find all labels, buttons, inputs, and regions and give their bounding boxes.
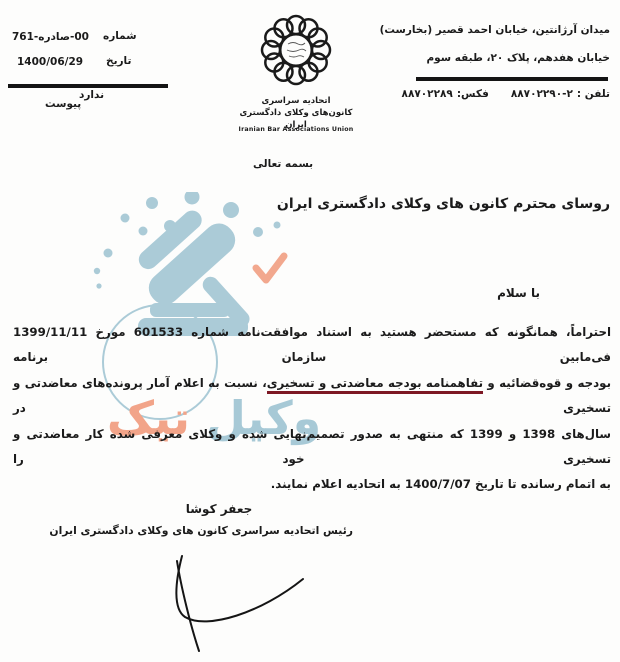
- body-line-2-pre: بودجه و قوه‌قضائیه و: [483, 376, 611, 390]
- meta-divider: [8, 84, 168, 88]
- body-paragraph: احتراماً، همانگونه که مستحضر هستید به اس…: [13, 320, 611, 498]
- phone-label: تلفن :: [577, 88, 610, 100]
- seal-english-name: Iranian Bar Associations Union: [228, 126, 364, 133]
- salutation: با سلام: [497, 286, 540, 300]
- fax-value: ۸۸۷۰۲۲۸۹: [402, 88, 453, 100]
- letter-page: وکیل تیک شماره 00-صادره-761 تاریخ 1400/0…: [0, 0, 620, 662]
- phone-value: ۲-۸۸۷۰۲۲۹۰: [511, 88, 573, 100]
- address-line2: خیابان هفدهم، پلاک ۲۰، طبقه سوم: [426, 52, 610, 64]
- body-line-3: سال‌های 1398 و 1399 که منتهی به صدور تصم…: [13, 422, 611, 473]
- address-divider: [416, 77, 608, 81]
- signer-title: رئیس اتحادیه سراسری کانون های وکلای دادگ…: [85, 524, 353, 537]
- number-value: 00-صادره-761: [12, 31, 89, 43]
- basmala: بسمه تعالی: [253, 158, 313, 170]
- recipient-line: روسای محترم کانون های وکلای دادگستری ایر…: [277, 196, 610, 212]
- body-line-4: به اتمام رسانده تا تاریخ 1400/7/07 به ات…: [13, 472, 611, 497]
- phone-fax-line: تلفن :۲-۸۸۷۰۲۲۹۰فکس:۸۸۷۰۲۲۸۹: [398, 88, 610, 100]
- attachment-value: ندارد: [79, 89, 104, 101]
- body-line-2: بودجه و قوه‌قضائیه و تفاهمنامه بودجه معا…: [13, 371, 611, 422]
- date-value: 1400/06/29: [17, 56, 83, 68]
- bar-association-seal: [252, 10, 340, 92]
- body-line-1: احتراماً، همانگونه که مستحضر هستید به اس…: [13, 320, 611, 371]
- attachment-label: پیوست: [45, 98, 81, 110]
- date-label: تاریخ: [106, 55, 131, 67]
- address-line1: میدان آرژانتین، خیابان احمد قصیر (بخارست…: [380, 24, 610, 36]
- signer-name: جعفر کوشا: [85, 502, 353, 516]
- seal-calligraphy-line1: اتحادیه سراسری: [228, 95, 364, 107]
- signature-scribble: [115, 553, 310, 659]
- number-label: شماره: [103, 30, 137, 42]
- underlined-phrase: تفاهمنامه بودجه معاضدتی و تسخیری: [267, 376, 483, 394]
- signature-block: جعفر کوشا رئیس اتحادیه سراسری کانون های …: [85, 502, 353, 537]
- checkmark-icon: [256, 256, 284, 280]
- fax-label: فکس:: [457, 88, 489, 100]
